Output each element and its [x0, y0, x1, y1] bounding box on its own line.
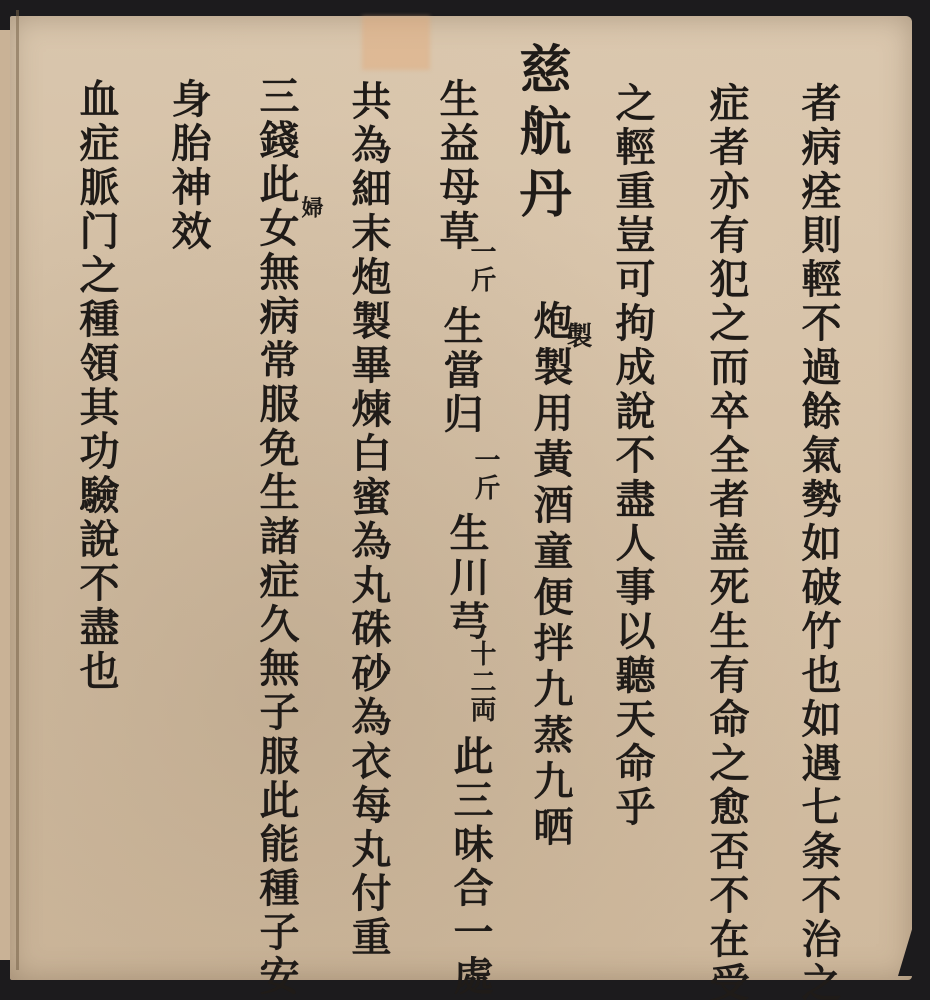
ingredient-3-name: 生川芎 — [446, 512, 486, 644]
torn-corner — [898, 916, 916, 976]
text-column-7: 三錢此女無病常服免生諸症久無子服此能種子安 — [256, 75, 296, 999]
preparation-note: 炮製用黃酒童便拌九蒸九晒 — [530, 300, 570, 852]
ingredient-3-quantity: 十二両 — [468, 640, 494, 724]
paper-stain — [362, 16, 430, 70]
ingredient-1-quantity: 一斤 — [468, 238, 494, 294]
ingredient-1-name: 生益母草 — [436, 78, 476, 254]
recipe-title: 慈航丹 — [514, 42, 566, 228]
text-column-1: 者病痊則輕不過餘氣勢如破竹也如遇七条不治之 — [798, 82, 838, 1000]
binding-fold-line — [16, 10, 19, 970]
text-column-6: 共為細末炮製畢煉白蜜為丸硃砂為衣每丸付重 — [348, 80, 388, 960]
ingredient-2-quantity: 一斤 — [472, 446, 498, 502]
text-column-3: 之輕重豈可拘成說不盡人事以聽天命乎 — [612, 82, 652, 830]
column-7-annotation: 婦 — [300, 196, 322, 222]
text-column-8: 身胎神效 — [168, 78, 208, 254]
ingredients-combine-note: 此三味合一處 — [450, 735, 490, 999]
text-column-9: 血症脈门之種領其功驗說不盡也 — [76, 78, 116, 694]
text-column-2: 症者亦有犯之而卒全者盖死生有命之愈否不在受 — [706, 82, 746, 1000]
ingredient-2-name: 生當归 — [440, 305, 480, 437]
